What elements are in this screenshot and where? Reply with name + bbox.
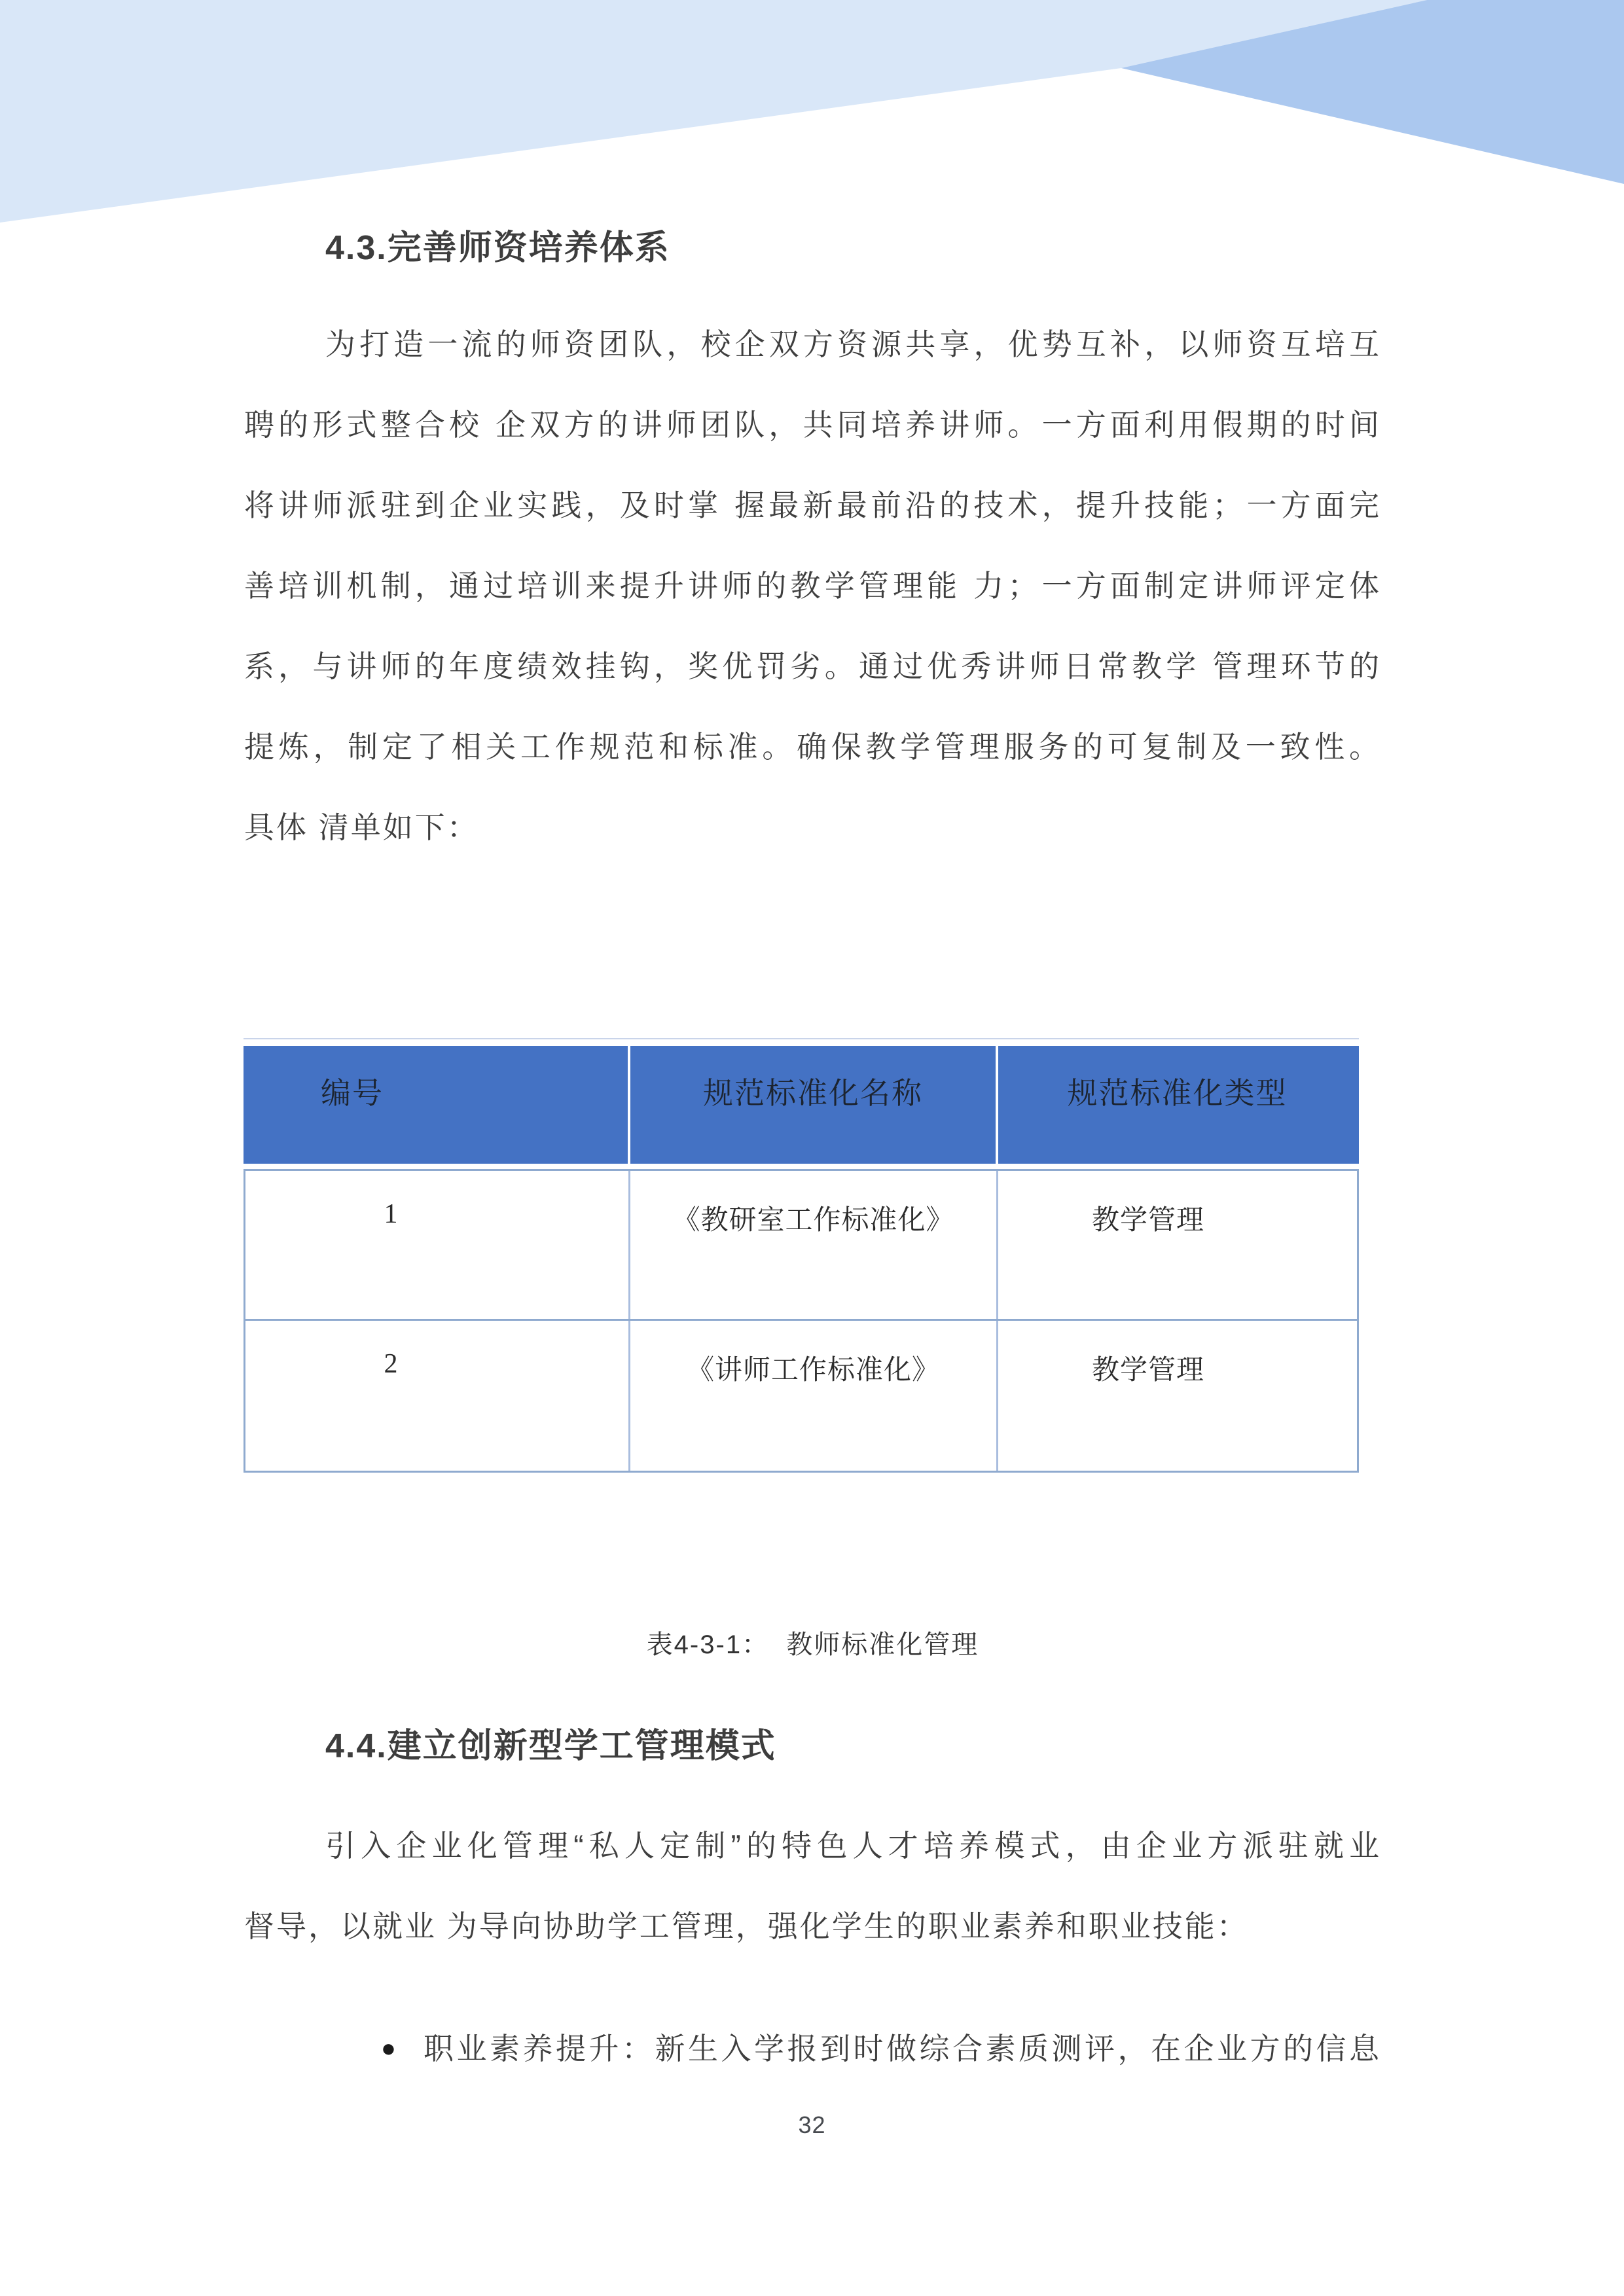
paragraph-teacher-training: 为打造一流的师资团队，校企双方资源共享，优势互补，以师资互培互 聘的形式整合校 …	[244, 304, 1381, 868]
table-top-rule	[244, 1038, 1359, 1039]
document-page: 4.3.完善师资培养体系 为打造一流的师资团队，校企双方资源共享，优势互补，以师…	[0, 0, 1624, 2296]
paragraph-line: 具体 清单如下：	[244, 787, 1381, 868]
table-cell-name: 《教研室工作标准化》	[630, 1171, 998, 1319]
paragraph-line: 聘的形式整合校 企双方的讲师团队，共同培养讲师。一方面利用假期的时间	[244, 385, 1381, 465]
table-cell-name: 《讲师工作标准化》	[630, 1321, 998, 1471]
table-header-cell-type: 规范标准化类型	[998, 1046, 1356, 1164]
table-row: 1 《教研室工作标准化》 教学管理	[245, 1171, 1357, 1319]
table-header-cell-name: 规范标准化名称	[630, 1046, 998, 1164]
section-heading-4-3: 4.3.完善师资培养体系	[325, 220, 670, 269]
table-cell-type: 教学管理	[998, 1171, 1357, 1319]
section-heading-4-4: 4.4.建立创新型学工管理模式	[325, 1718, 776, 1767]
paragraph-line: 督导，以就业 为导向协助学工管理，强化学生的职业素养和职业技能：	[244, 1886, 1381, 1967]
paragraph-line: 引入企业化管理“私人定制”的特色人才培养模式，由企业方派驻就业	[244, 1806, 1381, 1886]
bullet-item-text: 职业素养提升：新生入学报到时做综合素质测评，在企业方的信息	[424, 2009, 1381, 2089]
standards-table: 1 《教研室工作标准化》 教学管理 2 《讲师工作标准化》 教学管理	[244, 1169, 1359, 1473]
paragraph-line: 将讲师派驻到企业实践，及时掌 握最新最前沿的技术，提升技能；一方面完	[244, 465, 1381, 546]
bullet-marker-icon: ●	[381, 2009, 396, 2089]
standards-table-header-row: 编号 规范标准化名称 规范标准化类型	[244, 1046, 1359, 1164]
table-row: 2 《讲师工作标准化》 教学管理	[245, 1319, 1357, 1471]
table-cell-type: 教学管理	[998, 1321, 1357, 1471]
page-number: 32	[0, 2111, 1624, 2139]
paragraph-student-management: 引入企业化管理“私人定制”的特色人才培养模式，由企业方派驻就业 督导，以就业 为…	[244, 1806, 1381, 1967]
table-caption: 表4-3-1： 教师标准化管理	[244, 1624, 1381, 1661]
bullet-list-item: ● 职业素养提升：新生入学报到时做综合素质测评，在企业方的信息	[381, 2009, 1381, 2089]
paragraph-line: 为打造一流的师资团队，校企双方资源共享，优势互补，以师资互培互	[244, 304, 1381, 385]
paragraph-line: 提炼，制定了相关工作规范和标准。确保教学管理服务的可复制及一致性。	[244, 707, 1381, 787]
table-cell-number: 2	[245, 1321, 630, 1471]
paragraph-line: 善培训机制，通过培训来提升讲师的教学管理能 力；一方面制定讲师评定体	[244, 546, 1381, 626]
table-header-cell-number: 编号	[244, 1046, 630, 1164]
table-cell-number: 1	[245, 1171, 630, 1319]
paragraph-line: 系，与讲师的年度绩效挂钩，奖优罚劣。通过优秀讲师日常教学 管理环节的	[244, 626, 1381, 707]
